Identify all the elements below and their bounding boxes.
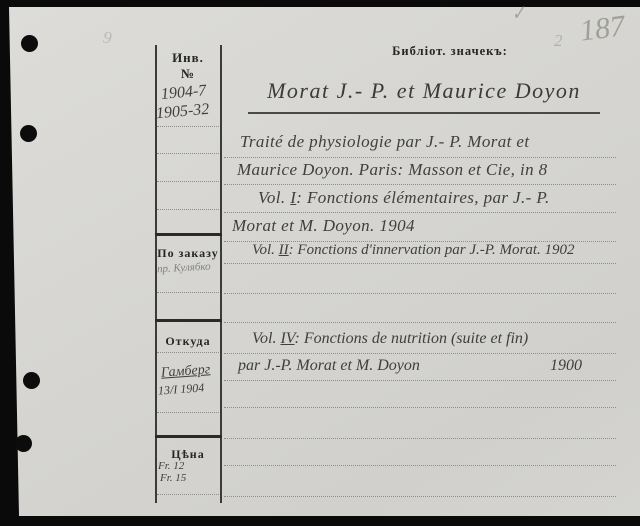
vol-rest: : Fonctions de nutrition (suite et fin) (295, 330, 529, 347)
ruled-line (224, 157, 616, 158)
vol-prefix: Vol. (258, 188, 290, 207)
ruled-line (157, 412, 219, 413)
entry-line-2: Maurice Doyon. Paris: Masson et Cie, in … (237, 160, 548, 180)
section-divider (155, 319, 222, 322)
ruled-line (224, 322, 616, 323)
checkmark-pencil: ✓ (509, 2, 528, 26)
ruled-line (224, 407, 616, 408)
origin-value-2: 13/I 1904 (158, 380, 205, 398)
vol-numeral: II (279, 242, 289, 258)
entry-line-4: Morat et M. Doyon. 1904 (232, 216, 415, 236)
author-heading-underline: Morat J.- P. et Maurice Doyon (248, 78, 600, 114)
punch-hole (23, 372, 40, 389)
ruled-line (157, 494, 219, 495)
ruled-line (224, 465, 616, 466)
ruled-line (157, 292, 219, 293)
ruled-line (224, 212, 616, 213)
entry-line-3: Vol. I: Fonctions élémentaires, par J.- … (258, 188, 550, 208)
section-divider (155, 233, 222, 236)
ruled-line (157, 181, 219, 182)
page-number-pencil: 187 (578, 9, 627, 48)
ruled-line (224, 438, 616, 439)
punch-hole (20, 125, 37, 142)
order-label: По заказу (155, 246, 221, 261)
entry-line-7-text: par J.-P. Morat et M. Doyon (238, 357, 420, 375)
entry-line-7: par J.-P. Morat et M. Doyon 1900 (238, 357, 610, 375)
ruled-line (157, 352, 219, 353)
ruled-line (157, 209, 219, 210)
price-value-2: Fr. 15 (160, 472, 186, 484)
origin-value-1: Гамберг (161, 362, 211, 381)
vol-prefix: Vol. (252, 330, 280, 347)
punch-hole (15, 435, 32, 452)
author-heading: Morat J.- P. et Maurice Doyon (267, 78, 581, 103)
ruled-line (224, 293, 616, 294)
punch-hole (21, 35, 38, 52)
entry-line-5: Vol. II: Fonctions d'innervation par J.-… (252, 242, 575, 259)
entry-line-1: Traité de physiologie par J.- P. Morat e… (240, 132, 529, 152)
ruled-line (224, 380, 616, 381)
ruled-line (157, 126, 219, 127)
inventory-number-sign: № (155, 66, 221, 82)
ruled-line (157, 153, 219, 154)
origin-label: Откуда (155, 334, 221, 349)
vol-numeral: IV (280, 330, 294, 347)
vol-rest: : Fonctions d'innervation par J.-P. Mora… (289, 242, 575, 258)
library-mark-label: Библіот. значекъ: (380, 44, 520, 59)
price-value-1: Fr. 12 (158, 460, 184, 472)
vol-rest: : Fonctions élémentaires, par J.- P. (296, 188, 549, 207)
entry-line-7-year: 1900 (550, 357, 582, 375)
section-divider (155, 435, 222, 438)
ruled-line (224, 184, 616, 185)
ruled-line (224, 353, 616, 354)
scanned-catalog-card: 9 ✓ 2 187 Библіот. значекъ: Инв. № 1904-… (0, 0, 640, 526)
pencil-mark-two: 2 (554, 31, 563, 51)
vol-prefix: Vol. (252, 242, 279, 258)
entry-line-6: Vol. IV: Fonctions de nutrition (suite e… (252, 330, 528, 348)
ruled-line (224, 496, 616, 497)
inventory-label: Инв. (155, 50, 221, 66)
ruled-line (224, 263, 616, 264)
